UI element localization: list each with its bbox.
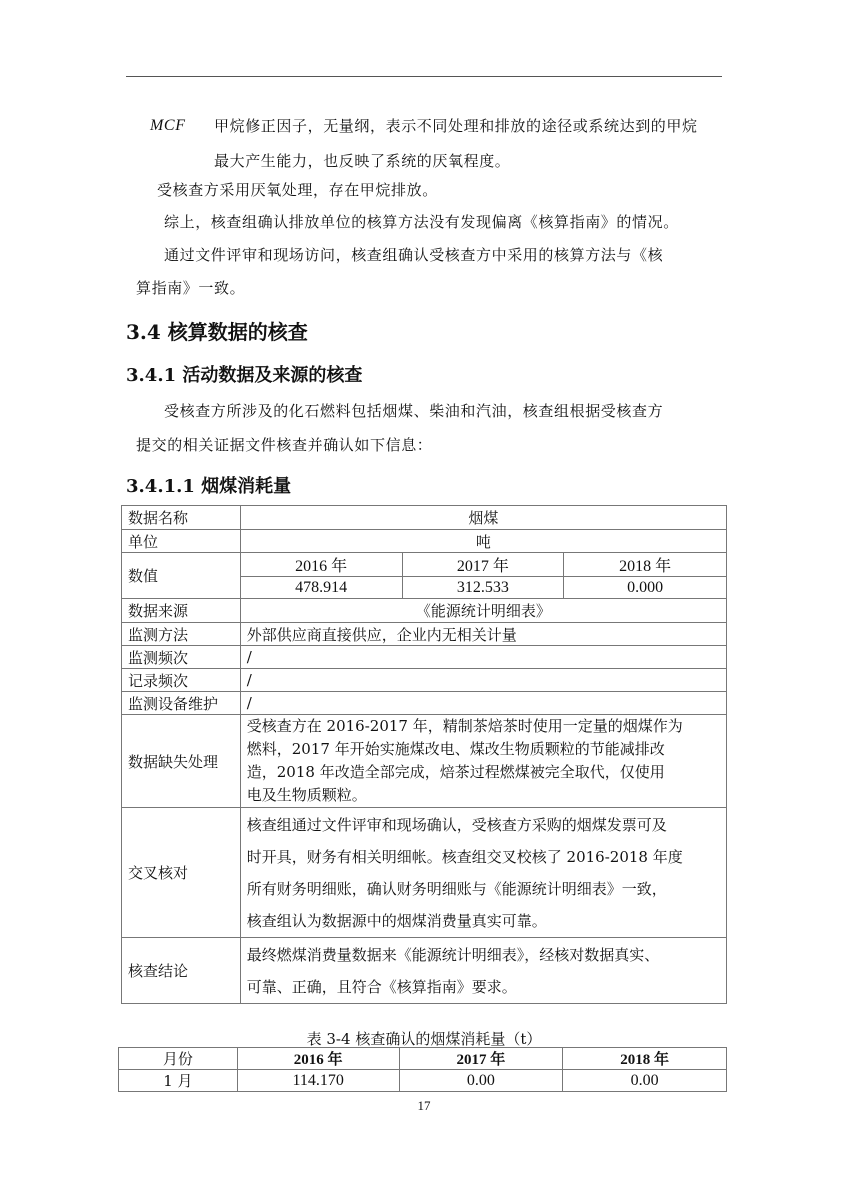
- value-record-frequency: /: [240, 669, 726, 692]
- value-conclusion: 最终燃煤消费量数据来《能源统计明细表》，经核对数据真实、 可靠、正确，且符合《核…: [240, 938, 726, 1004]
- mcf-definition-line2: 最大产生能力，也反映了系统的厌氧程度。: [214, 151, 510, 171]
- year-2018: 2018 年: [564, 553, 727, 577]
- mcf-symbol: MCF: [150, 116, 186, 136]
- heading-3-4: 3.4 核算数据的核查: [126, 316, 308, 345]
- label-monitor-frequency: 监测频次: [122, 646, 241, 669]
- header-2017: 2017 年: [399, 1048, 563, 1070]
- value-unit: 吨: [240, 530, 726, 553]
- value-monitor-frequency: /: [240, 646, 726, 669]
- mcf-definition-line1: 甲烷修正因子，无量纲，表示不同处理和排放的途径或系统达到的甲烷: [214, 116, 698, 136]
- label-unit: 单位: [122, 530, 241, 553]
- missing-line: 燃料，2017 年开始实施煤改电、煤改生物质颗粒的节能减排改: [247, 738, 720, 761]
- header-2016: 2016 年: [237, 1048, 399, 1070]
- cross-line: 核查组通过文件评审和现场确认，受核查方采购的烟煤发票可及: [247, 809, 720, 841]
- value-equipment-maintenance: /: [240, 692, 726, 715]
- label-method: 监测方法: [122, 623, 241, 646]
- cell-month: 1 月: [119, 1070, 238, 1092]
- cell-2017: 0.00: [399, 1070, 563, 1092]
- label-data-name: 数据名称: [122, 506, 241, 530]
- label-conclusion: 核查结论: [122, 938, 241, 1004]
- paragraph-method-line2: 算指南》一致。: [136, 278, 245, 298]
- value-cross-check: 核查组通过文件评审和现场确认，受核查方采购的烟煤发票可及 时开具，财务有相关明细…: [240, 808, 726, 938]
- conclusion-line: 可靠、正确，且符合《核算指南》要求。: [247, 971, 720, 1003]
- value-2018: 0.000: [564, 577, 727, 599]
- table-row: 1 月 114.170 0.00 0.00: [119, 1070, 727, 1092]
- label-missing-data: 数据缺失处理: [122, 715, 241, 808]
- value-method: 外部供应商直接供应，企业内无相关计量: [240, 623, 726, 646]
- value-source: 《能源统计明细表》: [240, 599, 726, 623]
- header-month: 月份: [119, 1048, 238, 1070]
- cell-2018: 0.00: [563, 1070, 727, 1092]
- cross-line: 核查组认为数据源中的烟煤消费量真实可靠。: [247, 905, 720, 937]
- paragraph-summary: 综上，核查组确认排放单位的核算方法没有发现偏离《核算指南》的情况。: [164, 212, 679, 232]
- coal-data-table: 数据名称 烟煤 单位 吨 数值 2016 年 2017 年 2018 年 478…: [121, 505, 727, 1004]
- value-missing-data: 受核查方在 2016-2017 年，精制茶焙茶时使用一定量的烟煤作为 燃料，20…: [240, 715, 726, 808]
- label-equipment-maintenance: 监测设备维护: [122, 692, 241, 715]
- value-data-name: 烟煤: [240, 506, 726, 530]
- year-2017: 2017 年: [402, 553, 564, 577]
- heading-3-4-1: 3.4.1 活动数据及来源的核查: [126, 361, 362, 387]
- header-2018: 2018 年: [563, 1048, 727, 1070]
- value-2017: 312.533: [402, 577, 564, 599]
- missing-line: 受核查方在 2016-2017 年，精制茶焙茶时使用一定量的烟煤作为: [247, 715, 720, 738]
- paragraph-fuels-line2: 提交的相关证据文件核查并确认如下信息：: [136, 435, 432, 455]
- header-rule: [126, 76, 722, 77]
- cell-2016: 114.170: [237, 1070, 399, 1092]
- missing-line: 电及生物质颗粒。: [247, 784, 720, 807]
- page-number: 17: [0, 1098, 848, 1114]
- value-2016: 478.914: [240, 577, 402, 599]
- cross-line: 所有财务明细账，确认财务明细账与《能源统计明细表》一致，: [247, 873, 720, 905]
- heading-3-4-1-1: 3.4.1.1 烟煤消耗量: [126, 472, 291, 498]
- conclusion-line: 最终燃煤消费量数据来《能源统计明细表》，经核对数据真实、: [247, 939, 720, 971]
- missing-line: 造，2018 年改造全部完成，焙茶过程燃煤被完全取代，仅使用: [247, 761, 720, 784]
- table-caption: 表 3-4 核查确认的烟煤消耗量（t）: [0, 1028, 848, 1049]
- paragraph-method-line1: 通过文件评审和现场访问，核查组确认受核查方中采用的核算方法与《核: [164, 245, 663, 265]
- label-value: 数值: [122, 553, 241, 599]
- label-source: 数据来源: [122, 599, 241, 623]
- paragraph-anaerobic: 受核查方采用厌氧处理，存在甲烷排放。: [157, 180, 438, 200]
- paragraph-fuels-line1: 受核查方所涉及的化石燃料包括烟煤、柴油和汽油，核查组根据受核查方: [164, 401, 663, 421]
- cross-line: 时开具，财务有相关明细帐。核查组交叉校核了 2016-2018 年度: [247, 841, 720, 873]
- monthly-coal-table: 月份 2016 年 2017 年 2018 年 1 月 114.170 0.00…: [118, 1047, 727, 1092]
- label-cross-check: 交叉核对: [122, 808, 241, 938]
- label-record-frequency: 记录频次: [122, 669, 241, 692]
- year-2016: 2016 年: [240, 553, 402, 577]
